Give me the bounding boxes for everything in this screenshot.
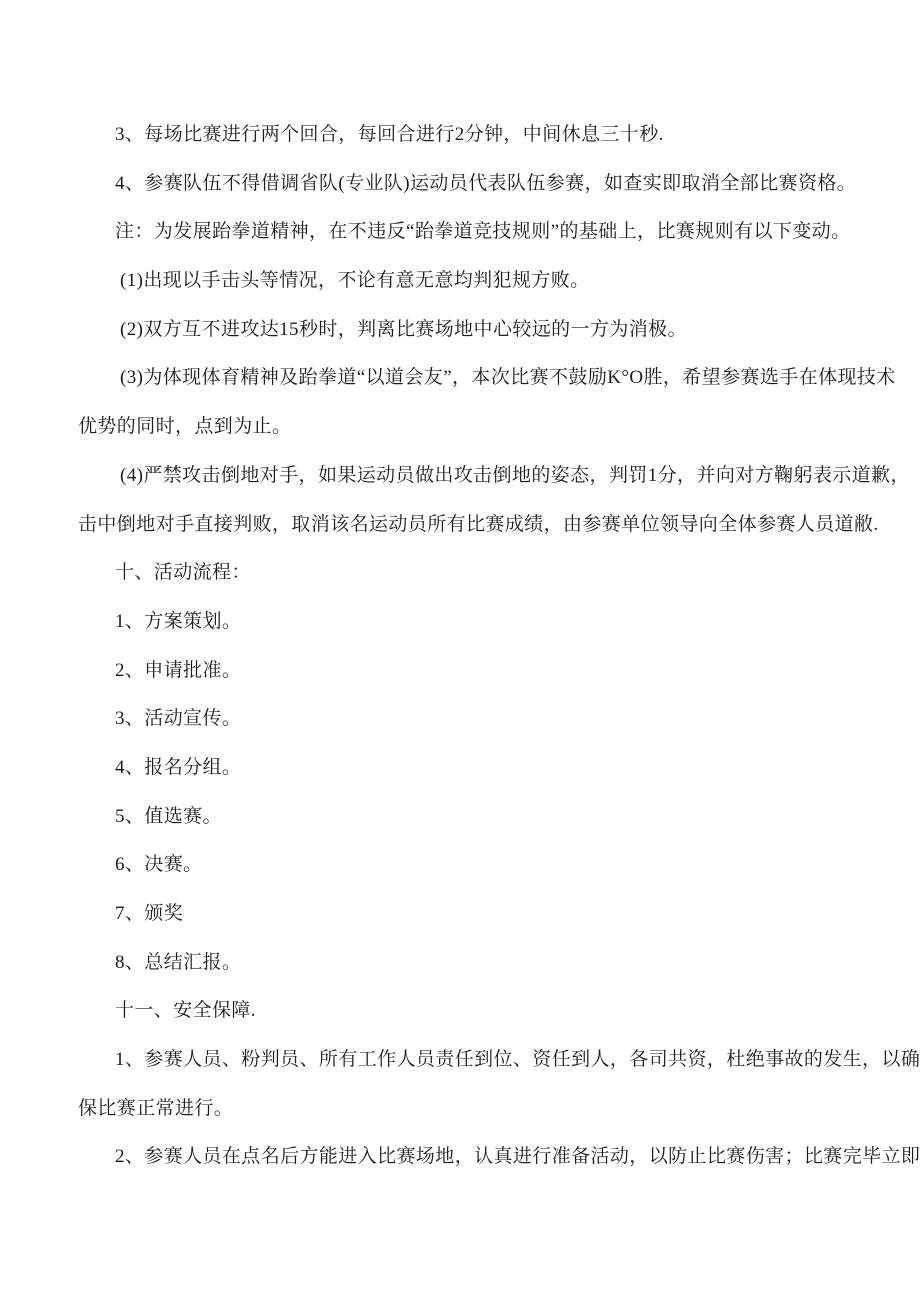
- section-heading-safety: 十一、安全保障.: [78, 987, 850, 1036]
- flow-step-3: 3、活动宣传。: [78, 695, 850, 744]
- sub-rule-3: (3)为体现体育精神及跆拳道“以道会友”，本次比赛不鼓励K°O胜，希望参赛选手在…: [78, 354, 850, 403]
- flow-step-5: 5、值选赛。: [78, 793, 850, 842]
- flow-step-1: 1、方案策划。: [78, 598, 850, 647]
- rule-item-4: 4、参赛队伍不得借调省队(专业队)运动员代表队伍参赛，如查实即取消全部比赛资格。: [78, 160, 850, 209]
- flow-step-8: 8、总结汇报。: [78, 939, 850, 988]
- flow-step-7: 7、颁奖: [78, 890, 850, 939]
- flow-step-6: 6、决赛。: [78, 841, 850, 890]
- sub-rule-3-continuation: 优势的同时，点到为止。: [78, 403, 850, 452]
- sub-rule-4: (4)严禁攻击倒地对手，如果运动员做出攻击倒地的姿态，判罚1分，并向对方鞠躬表示…: [78, 452, 850, 501]
- flow-step-4: 4、报名分组。: [78, 744, 850, 793]
- sub-rule-2: (2)双方互不进攻达15秒时，判离比赛场地中心较远的一方为消极。: [78, 306, 850, 355]
- flow-step-2: 2、申请批准。: [78, 647, 850, 696]
- note-line: 注：为发展跆拳道精神，在不违反“跆拳道竞技规则”的基础上，比赛规则有以下变动。: [78, 208, 850, 257]
- sub-rule-1: (1)出现以手击头等情况，不论有意无意均判犯规方败。: [78, 257, 850, 306]
- safety-item-1: 1、参赛人员、粉判员、所有工作人员责任到位、资任到人，各司共资，杜绝事故的发生，…: [78, 1036, 850, 1085]
- sub-rule-4-continuation: 击中倒地对手直接判败，取消该名运动员所有比赛成绩，由参赛单位领导向全体参赛人员道…: [78, 501, 850, 550]
- section-heading-activity-flow: 十、活动流程：: [78, 549, 850, 598]
- rule-item-3: 3、每场比赛进行两个回合，每回合进行2分钟，中间休息三十秒.: [78, 111, 850, 160]
- document-page: 3、每场比赛进行两个回合，每回合进行2分钟，中间休息三十秒. 4、参赛队伍不得借…: [0, 0, 920, 1301]
- safety-item-2: 2、参赛人员在点名后方能进入比赛场地，认真进行准备活动，以防止比赛伤害；比赛完毕…: [78, 1133, 850, 1182]
- safety-item-1-continuation: 保比赛正常进行。: [78, 1085, 850, 1134]
